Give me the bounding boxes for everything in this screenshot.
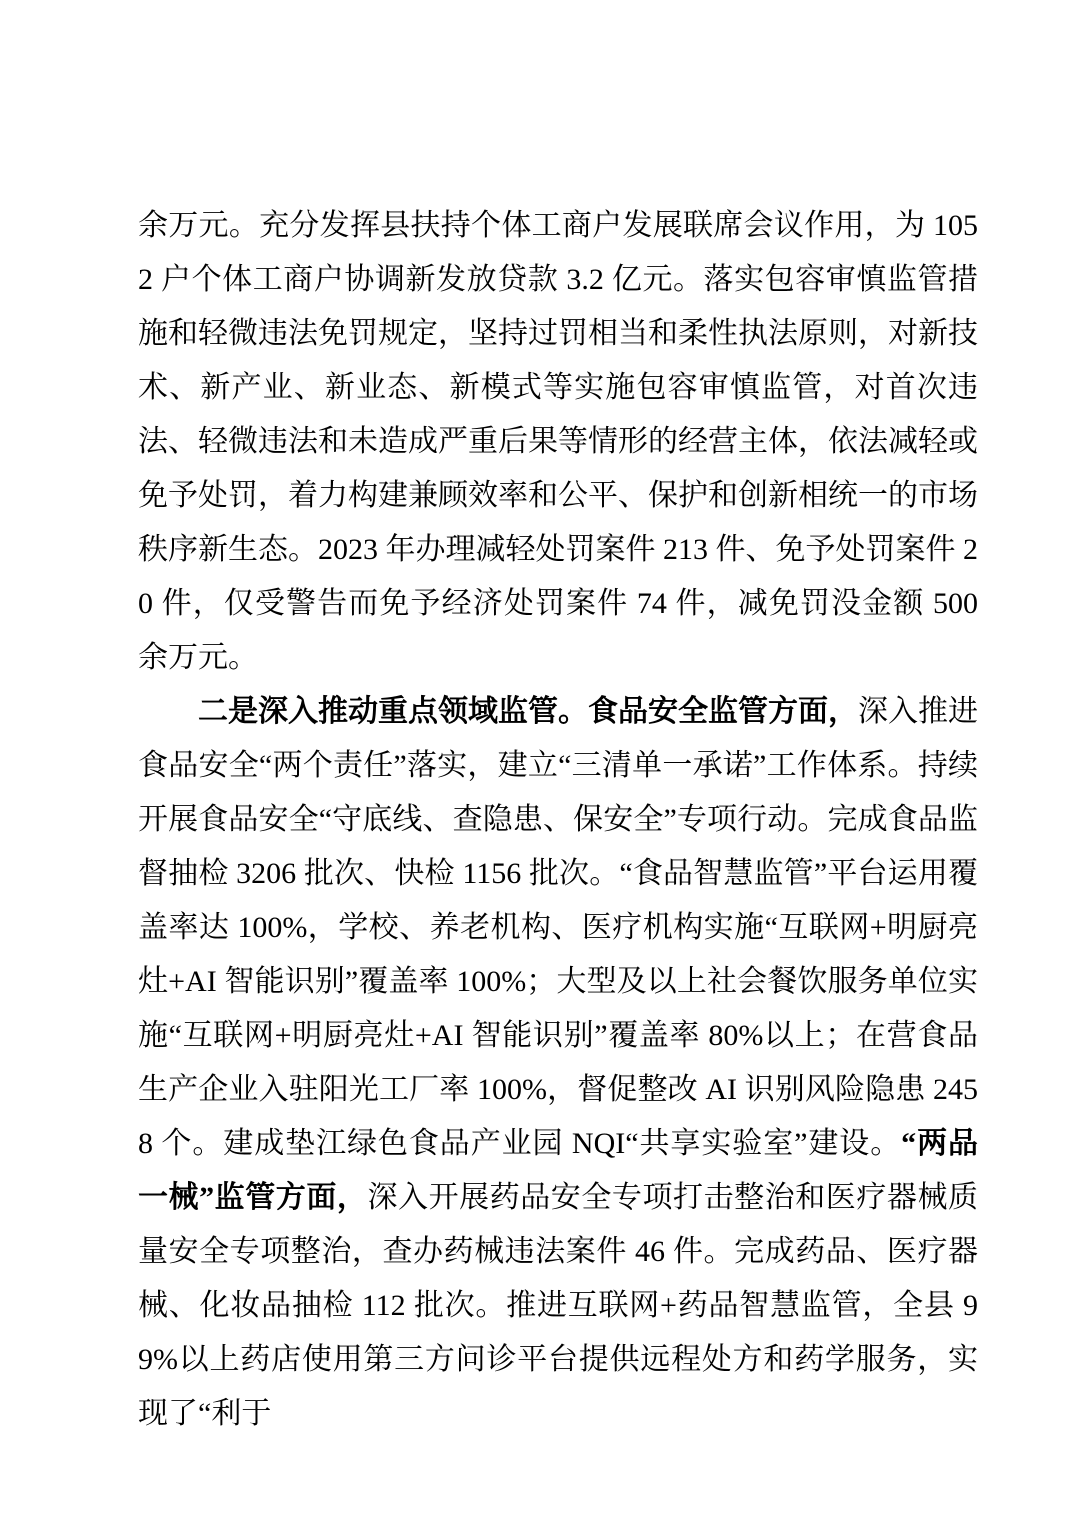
document-page: 余万元。充分发挥县扶持个体工商户发展联席会议作用，为 1052 户个体工商户协调… [0, 0, 1074, 1520]
document-text-body: 余万元。充分发挥县扶持个体工商户发展联席会议作用，为 1052 户个体工商户协调… [138, 199, 978, 1441]
text-run: 余万元。充分发挥县扶持个体工商户发展联席会议作用，为 1052 户个体工商户协调… [138, 209, 978, 674]
text-run: 深入开展药品安全专项打击整治和医疗器械质量安全专项整治，查办药械违法案件 46 … [138, 1181, 978, 1430]
paragraph: 余万元。充分发挥县扶持个体工商户发展联席会议作用，为 1052 户个体工商户协调… [138, 199, 978, 685]
bold-text-run: 二是深入推动重点领域监管。食品安全监管方面， [198, 695, 858, 728]
text-run: 深入推进食品安全“两个责任”落实，建立“三清单一承诺”工作体系。持续开展食品安全… [138, 695, 978, 1160]
paragraph: 二是深入推动重点领域监管。食品安全监管方面，深入推进食品安全“两个责任”落实，建… [138, 685, 978, 1441]
